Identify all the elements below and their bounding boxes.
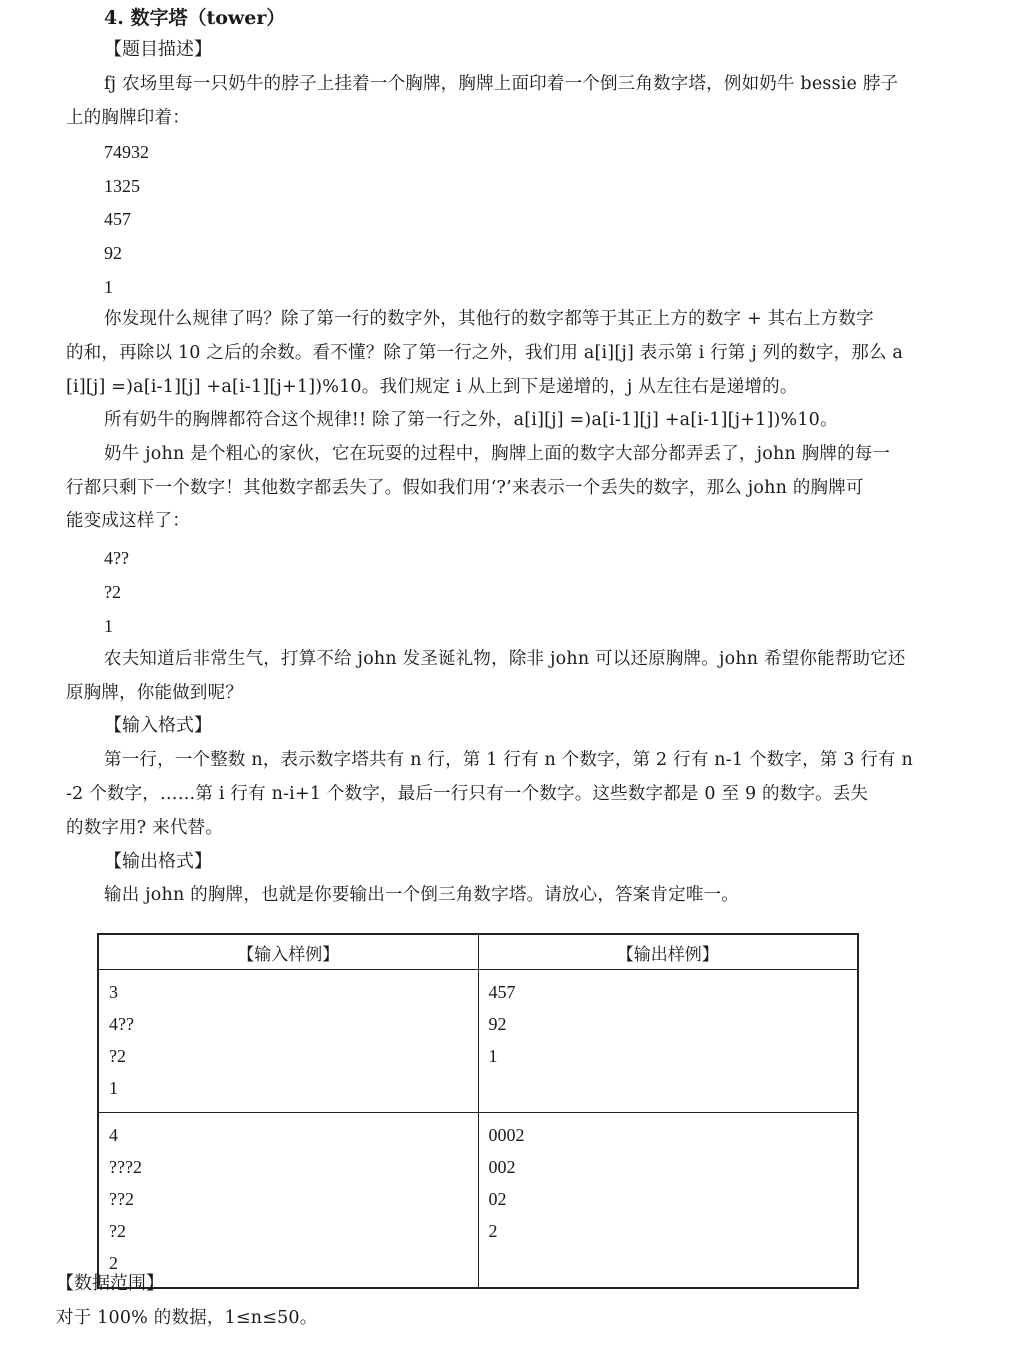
input-sample-cell: 4 ???2 ??2 ?2 2 [98, 1113, 478, 1289]
input-line: -2 个数字，……第 i 行有 n-i+1 个数字，最后一行只有一个数字。这些数… [66, 782, 868, 806]
example-tower-row: 457 [104, 207, 131, 231]
rule-line: 的和，再除以 10 之后的余数。看不懂？除了第一行之外，我们用 a[i][j] … [66, 341, 903, 365]
sample-line: ??2 [109, 1183, 468, 1215]
input-line: 第一行，一个整数 n，表示数字塔共有 n 行，第 1 行有 n 个数字，第 2 … [104, 748, 913, 772]
sample-line: 02 [489, 1183, 848, 1215]
sample-line: ?2 [109, 1040, 468, 1072]
rule-line: [i][j] =)a[i-1][j] +a[i-1][j+1])%10。我们规定… [66, 375, 798, 399]
sample-line: 1 [109, 1072, 468, 1104]
description-heading: 【题目描述】 [104, 38, 212, 62]
output-sample-header: 【输出样例】 [478, 934, 858, 970]
rule-line: 你发现什么规律了吗？除了第一行的数字外，其他行的数字都等于其正上方的数字 + 其… [104, 307, 874, 331]
sample-line: 1 [489, 1040, 848, 1072]
sample-line: 0002 [489, 1119, 848, 1151]
sample-line: ?2 [109, 1215, 468, 1247]
input-heading: 【输入格式】 [104, 714, 212, 738]
sample-line: 002 [489, 1151, 848, 1183]
example-tower-row: 1 [104, 275, 113, 299]
output-sample-cell: 457 92 1 [478, 970, 858, 1113]
range-heading: 【数据范围】 [56, 1272, 164, 1296]
example-tower-row: 92 [104, 241, 122, 265]
samples-table: 【输入样例】 【输出样例】 3 4?? ?2 1 457 92 1 4 ???2… [97, 933, 859, 1289]
john-tower-row: 4?? [104, 546, 129, 570]
john-tower-row: 1 [104, 614, 113, 638]
range-text: 对于 100% 的数据，1≤n≤50。 [56, 1306, 317, 1330]
john-line: 奶牛 john 是个粗心的家伙，它在玩耍的过程中，胸牌上面的数字大部分都弄丢了，… [104, 442, 890, 466]
example-tower-row: 74932 [104, 140, 149, 164]
john-line: 行都只剩下一个数字！其他数字都丢失了。假如我们用‘?’来表示一个丢失的数字，那么… [66, 476, 864, 500]
output-line: 输出 john 的胸牌，也就是你要输出一个倒三角数字塔。请放心，答案肯定唯一。 [104, 883, 739, 907]
sample-line: 4?? [109, 1008, 468, 1040]
sample-line: ???2 [109, 1151, 468, 1183]
description-line: fj 农场里每一只奶牛的脖子上挂着一个胸牌，胸牌上面印着一个倒三角数字塔，例如奶… [104, 72, 898, 96]
input-line: 的数字用? 来代替。 [66, 816, 223, 840]
input-sample-header: 【输入样例】 [98, 934, 478, 970]
output-sample-cell: 0002 002 02 2 [478, 1113, 858, 1289]
problem-title: 4. 数字塔（tower） [104, 6, 285, 30]
sample-line: 4 [109, 1119, 468, 1151]
farmer-line: 原胸牌，你能做到呢？ [66, 681, 243, 705]
input-sample-cell: 3 4?? ?2 1 [98, 970, 478, 1113]
sample-line: 457 [489, 976, 848, 1008]
output-heading: 【输出格式】 [104, 850, 212, 874]
sample-row: 4 ???2 ??2 ?2 2 0002 002 02 2 [98, 1113, 858, 1289]
sample-line: 2 [489, 1215, 848, 1247]
sample-line: 92 [489, 1008, 848, 1040]
example-tower-row: 1325 [104, 174, 140, 198]
john-tower-row: ?2 [104, 580, 121, 604]
sample-row: 3 4?? ?2 1 457 92 1 [98, 970, 858, 1113]
farmer-line: 农夫知道后非常生气，打算不给 john 发圣诞礼物，除非 john 可以还原胸牌… [104, 647, 906, 671]
rule-summary: 所有奶牛的胸牌都符合这个规律!! 除了第一行之外，a[i][j] =)a[i-1… [104, 408, 838, 432]
john-line: 能变成这样了： [66, 509, 190, 533]
sample-line: 3 [109, 976, 468, 1008]
description-line: 上的胸牌印着： [66, 106, 190, 130]
